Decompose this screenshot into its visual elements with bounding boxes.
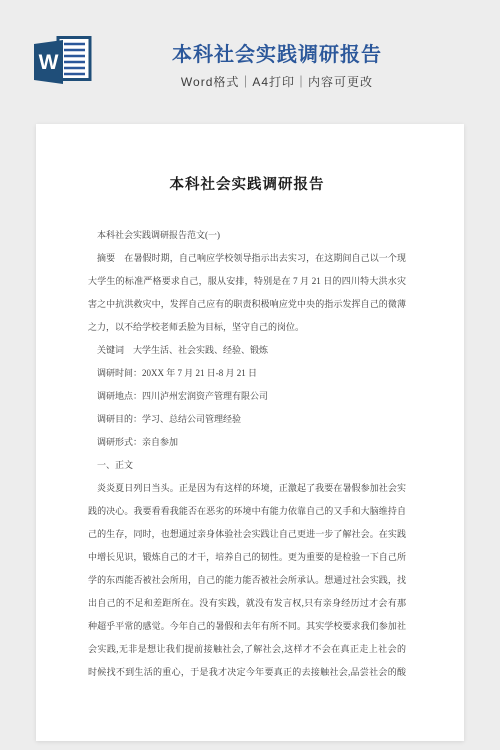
document-line: 己的生存，同时，也想通过亲身体验社会实践让自己更进一步了解社会。在实践 [88, 523, 406, 546]
document-line: 践的决心。我要看看我能否在恶劣的环境中有能力依靠自己的又手和大脑维持自 [88, 500, 406, 523]
document-line: 会实践,无非是想让我们提前接触社会,了解社会,这样才不会在真正走上社会的 [88, 638, 406, 661]
document-line: 出自己的不足和差距所在。没有实践，就没有发言权,只有亲身经历过才会有那 [88, 592, 406, 615]
document-line: 关键词 大学生活、社会实践、经验、锻炼 [88, 339, 406, 362]
document-line: 一、正文 [88, 454, 406, 477]
document-line: 之力，以不给学校老师丢脸为目标，坚守自己的岗位。 [88, 316, 406, 339]
document-line: 摘要 在暑假时期，自己响应学校领导指示出去实习，在这期间自己以一个现代 [88, 247, 406, 270]
document-line: 炎炎夏日列日当头。正是因为有这样的环境，正激起了我要在暑假参加社会实 [88, 477, 406, 500]
header: W 本科社会实践调研报告 Word格式｜A4打印｜内容可更改 [0, 0, 500, 124]
document-line: 调研地点：四川泸州宏润资产管理有限公司 [88, 385, 406, 408]
word-icon-letter: W [39, 51, 59, 74]
document-line: 中增长见识，锻炼自己的才干，培养自己的韧性。更为重要的是检验一下自己所 [88, 546, 406, 569]
document-line: 大学生的标准严格要求自己，服从安排，特别是在 7 月 21 日的四川特大洪水灾 [88, 270, 406, 293]
document-title: 本科社会实践调研报告 [88, 177, 406, 193]
document-body: 本科社会实践调研报告范文(一)摘要 在暑假时期，自己响应学校领导指示出去实习，在… [88, 224, 406, 684]
document-line: 本科社会实践调研报告范文(一) [88, 224, 406, 247]
document-line: 时候找不到生活的重心，于是我才决定今年要真正的去接触社会,品尝社会的酸 [88, 661, 406, 684]
page-background: W 本科社会实践调研报告 Word格式｜A4打印｜内容可更改 本科社会实践调研报… [0, 0, 500, 750]
document-line: 调研目的：学习、总结公司管理经验 [88, 408, 406, 431]
document-line: 学的东西能否被社会所用，自己的能力能否被社会所承认。想通过社会实践，找 [88, 569, 406, 592]
header-title: 本科社会实践调研报告 [90, 44, 464, 66]
document-line: 种超乎平常的感觉。今年自己的暑假和去年有所不同。其实学校要求我们参加社 [88, 615, 406, 638]
header-subtitle: Word格式｜A4打印｜内容可更改 [90, 75, 464, 89]
document-line: 调研时间：20XX 年 7 月 21 日-8 月 21 日 [88, 362, 406, 385]
word-icon: W [33, 36, 93, 86]
document-page: 本科社会实践调研报告 本科社会实践调研报告范文(一)摘要 在暑假时期，自己响应学… [36, 124, 464, 741]
document-line: 调研形式：亲自参加 [88, 431, 406, 454]
document-line: 害之中抗洪救灾中，发挥自己应有的职责积极响应党中央的指示发挥自己的微薄 [88, 293, 406, 316]
